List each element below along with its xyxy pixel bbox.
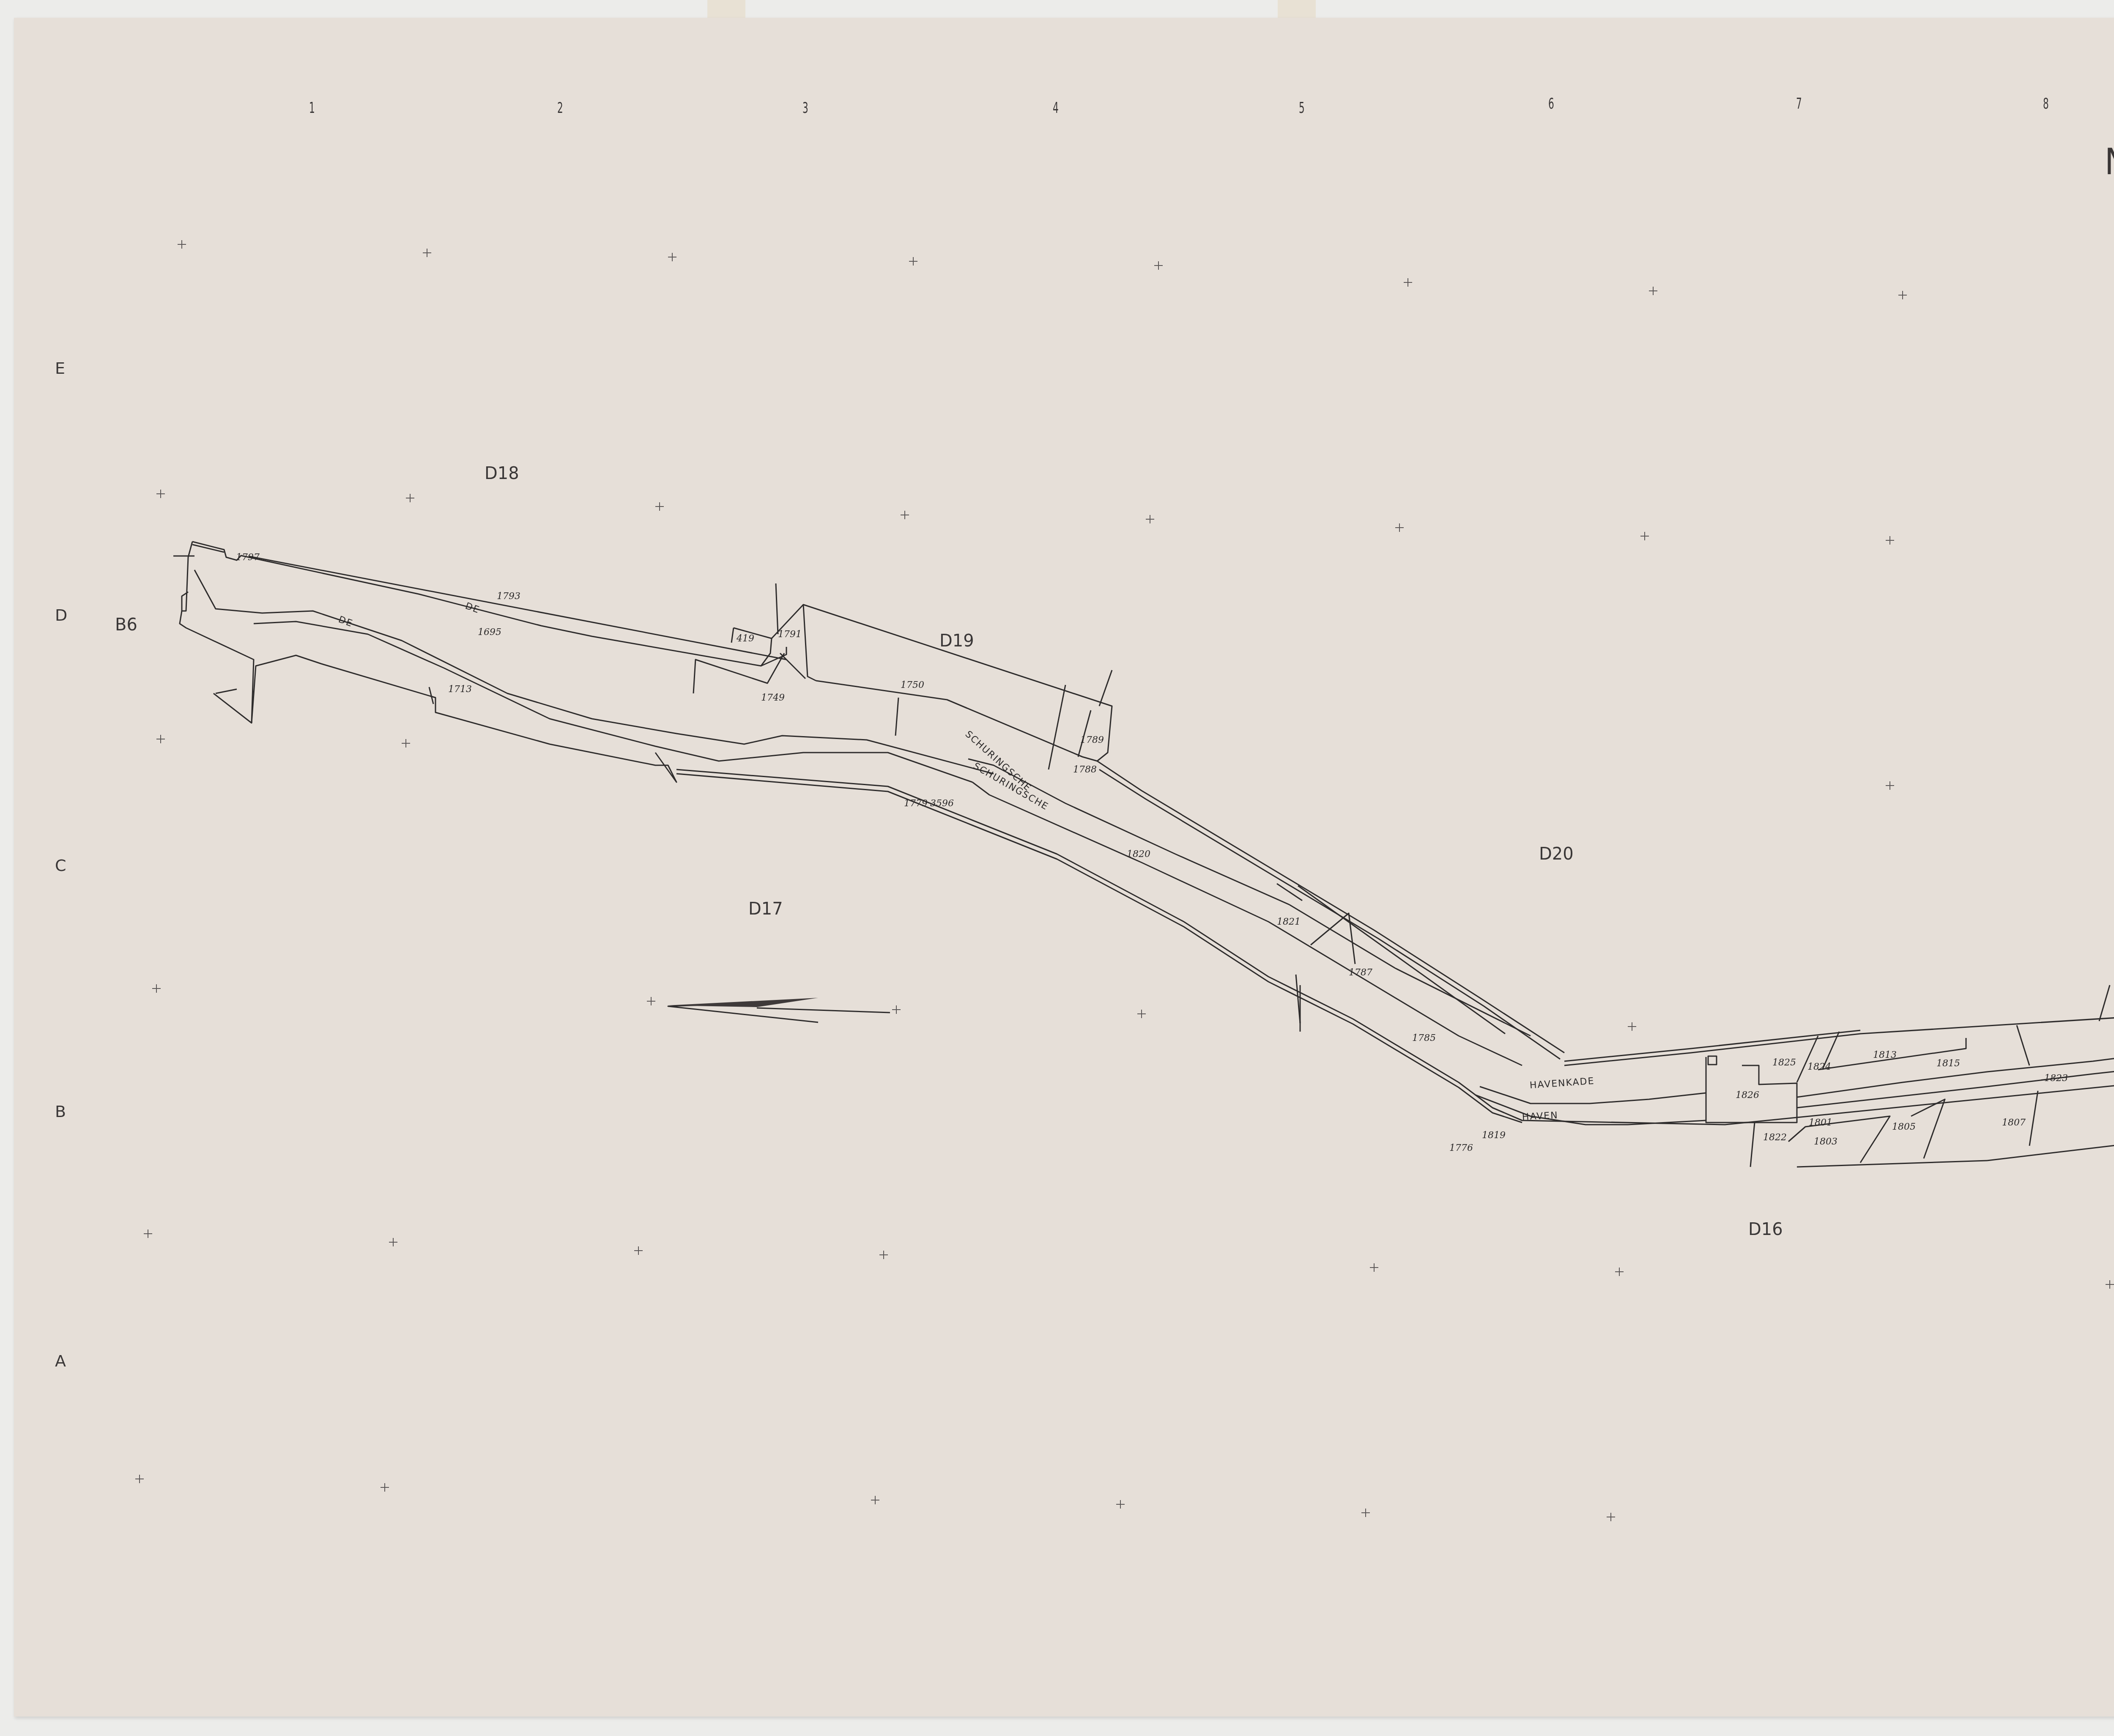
grid-column-label: 6 — [1548, 96, 1554, 112]
parcel-number: 1820 — [1127, 850, 1150, 859]
parcel-number: 1791 — [778, 630, 802, 639]
parcel-number: 1749 — [761, 693, 785, 703]
map-title: NUMANSDORP C8 — [2105, 144, 2114, 180]
grid-column-label: 5 — [1299, 101, 1305, 116]
adjacent-sheet-label: B6 — [115, 616, 137, 633]
parcel-number: 1823 — [2044, 1074, 2068, 1083]
parcel-number: 1813 — [1873, 1051, 1897, 1060]
parcel-number: 1803 — [1814, 1137, 1837, 1147]
grid-row-label: D — [55, 607, 67, 623]
parcel-number: 1815 — [1936, 1059, 1960, 1068]
grid-column-label: 7 — [1796, 96, 1802, 112]
grid-column-label: 3 — [802, 101, 808, 116]
parcel-number: 1822 — [1763, 1133, 1787, 1142]
cadastral-linework — [0, 0, 2114, 1736]
parcel-number: 1821 — [1277, 917, 1301, 927]
parcel-number: 1788 — [1073, 765, 1097, 775]
parcel-number: 1787 — [1349, 968, 1372, 978]
adjacent-sheet-label: D20 — [1539, 846, 1574, 863]
parcel-number: 419 — [737, 634, 754, 643]
parcel-number: 1824 — [1807, 1062, 1831, 1072]
grid-crosses — [135, 240, 2114, 1521]
grid-column-label: 2 — [557, 101, 563, 116]
grid-column-label: 8 — [2043, 96, 2049, 112]
parcel-number: 1797 — [236, 553, 260, 562]
parcel-number: 1779 — [904, 799, 928, 808]
parcel-number: 1785 — [1412, 1034, 1436, 1043]
parcel-number: 1807 — [2002, 1118, 2026, 1128]
parcel-number: 3596 — [930, 799, 954, 808]
north-arrow-icon — [667, 998, 818, 1007]
adjacent-sheet-label: D17 — [748, 901, 783, 917]
adjacent-sheet-label: D18 — [485, 465, 519, 482]
street-name: HAVEN — [1522, 1111, 1558, 1122]
parcel-number: 1805 — [1892, 1123, 1916, 1132]
grid-column-label: 1 — [309, 101, 315, 116]
grid-column-label: 4 — [1053, 101, 1059, 116]
parcel-number: 1801 — [1809, 1118, 1832, 1128]
parcel-number: 1776 — [1449, 1144, 1473, 1153]
grid-row-label: C — [55, 857, 66, 873]
parcel-number: 1825 — [1772, 1058, 1796, 1068]
parcel-number: 1713 — [448, 685, 472, 694]
adjacent-sheet-label: D19 — [939, 633, 974, 649]
parcel-number: 1695 — [478, 628, 501, 637]
parcel-number: 1826 — [1736, 1091, 1759, 1100]
grid-row-label: E — [55, 360, 65, 376]
parcel-number: 1793 — [497, 592, 520, 601]
grid-row-label: B — [55, 1103, 66, 1120]
parcel-number: 1819 — [1482, 1131, 1506, 1140]
adjacent-sheet-label: D16 — [1748, 1221, 1783, 1238]
grid-row-label: A — [55, 1353, 66, 1369]
parcel-number: 1789 — [1080, 736, 1104, 745]
parcel-number: 1750 — [901, 681, 924, 690]
